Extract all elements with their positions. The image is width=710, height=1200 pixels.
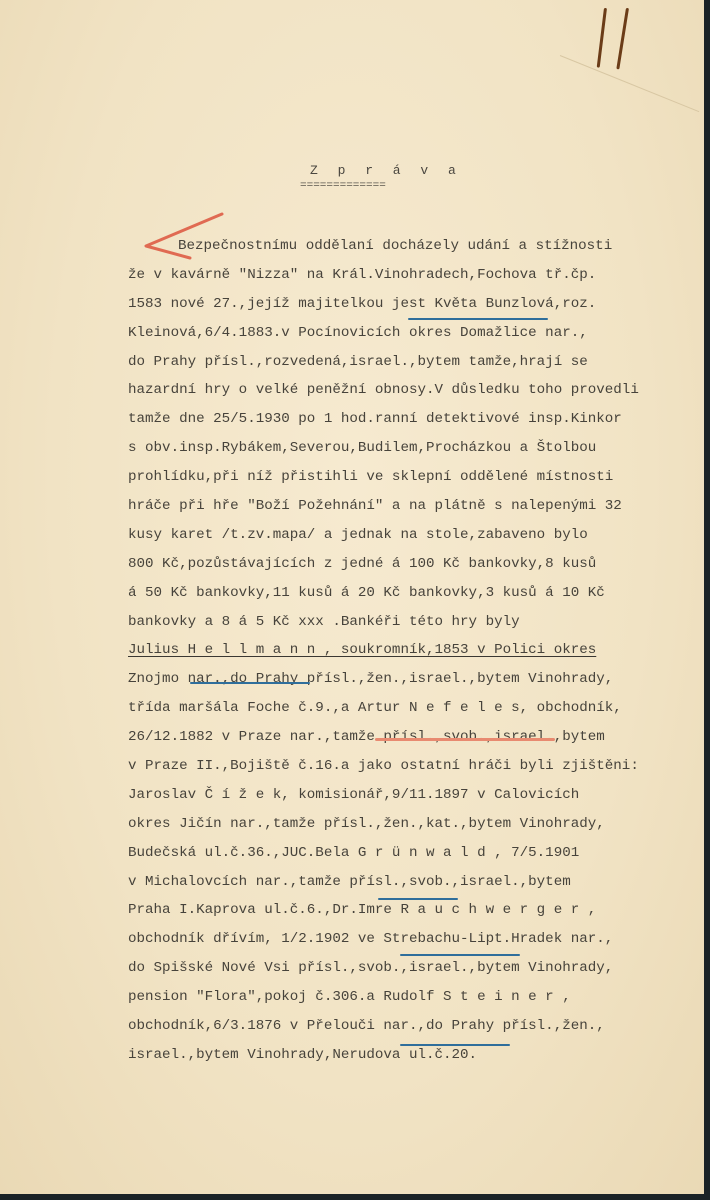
body-line: Kleinová,6/4.1883.v Pocínovicích okres D… — [128, 319, 708, 348]
body-line: obchodník dřívím, 1/2.1902 ve Strebachu-… — [128, 925, 708, 954]
body-line: bankovky a 8 á 5 Kč xxx .Bankéři této hr… — [128, 608, 708, 637]
body-line: 800 Kč,pozůstávajících z jedné á 100 Kč … — [128, 550, 708, 579]
body-line: tamže dne 25/5.1930 po 1 hod.ranní detek… — [128, 405, 708, 434]
body-line: hráče při hře "Boží Požehnání" a na plát… — [128, 492, 708, 521]
report-body: Bezpečnostnímu oddělaní docházely udání … — [128, 232, 708, 1070]
body-line: Bezpečnostnímu oddělaní docházely udání … — [128, 232, 708, 261]
body-line: v Praze II.,Bojiště č.16.a jako ostatní … — [128, 752, 708, 781]
blue-pencil-underline-steiner — [400, 1044, 510, 1046]
document-title: Z p r á v a — [310, 163, 462, 178]
title-underline: ============= — [300, 180, 386, 192]
body-line: kusy karet /t.zv.mapa/ a jednak na stole… — [128, 521, 708, 550]
body-line-player-grunwald: Budečská ul.č.36.,JUC.Bela G r ü n w a l… — [128, 839, 708, 868]
body-line: okres Jičín nar.,tamže přísl.,žen.,kat.,… — [128, 810, 708, 839]
body-line: do Prahy přísl.,rozvedená,israel.,bytem … — [128, 348, 708, 377]
blue-pencil-underline-grunwald — [378, 898, 458, 900]
body-line-banker-hellmann: Julius H e l l m a n n , soukromník,1853… — [128, 636, 708, 665]
body-line: v Michalovcích nar.,tamže přísl.,svob.,i… — [128, 868, 708, 897]
body-line: s obv.insp.Rybákem,Severou,Budilem,Proch… — [128, 434, 708, 463]
body-line: prohlídku,při níž přistihli ve sklepní o… — [128, 463, 708, 492]
blue-pencil-underline-bunzlova — [408, 318, 548, 320]
scan-border-bottom — [0, 1194, 710, 1200]
body-line: Znojmo nar.,do Prahy přísl.,žen.,israel.… — [128, 665, 708, 694]
body-line: 1583 nové 27.,jejíž majitelkou jest Květ… — [128, 290, 708, 319]
body-line-player-steiner: pension "Flora",pokoj č.306.a Rudolf S t… — [128, 983, 708, 1012]
body-line: obchodník,6/3.1876 v Přelouči nar.,do Pr… — [128, 1012, 708, 1041]
body-line-player-cizek: Jaroslav Č í ž e k, komisionář,9/11.1897… — [128, 781, 708, 810]
body-line: do Spišské Nové Vsi přísl.,svob.,israel.… — [128, 954, 708, 983]
body-line-banker-nefeles: třída maršála Foche č.9.,a Artur N e f e… — [128, 694, 708, 723]
blue-pencil-underline-rauchwerger — [400, 954, 520, 956]
blue-pencil-underline-hellmann — [190, 682, 310, 684]
body-line: že v kavárně "Nizza" na Král.Vinohradech… — [128, 261, 708, 290]
body-line: hazardní hry o velké peněžní obnosy.V dů… — [128, 376, 708, 405]
body-line-player-rauchwerger: Praha I.Kaprova ul.č.6.,Dr.Imre R a u c … — [128, 896, 708, 925]
red-pencil-underline-nefeles — [375, 738, 555, 741]
body-line: á 50 Kč bankovky,11 kusů á 20 Kč bankovk… — [128, 579, 708, 608]
